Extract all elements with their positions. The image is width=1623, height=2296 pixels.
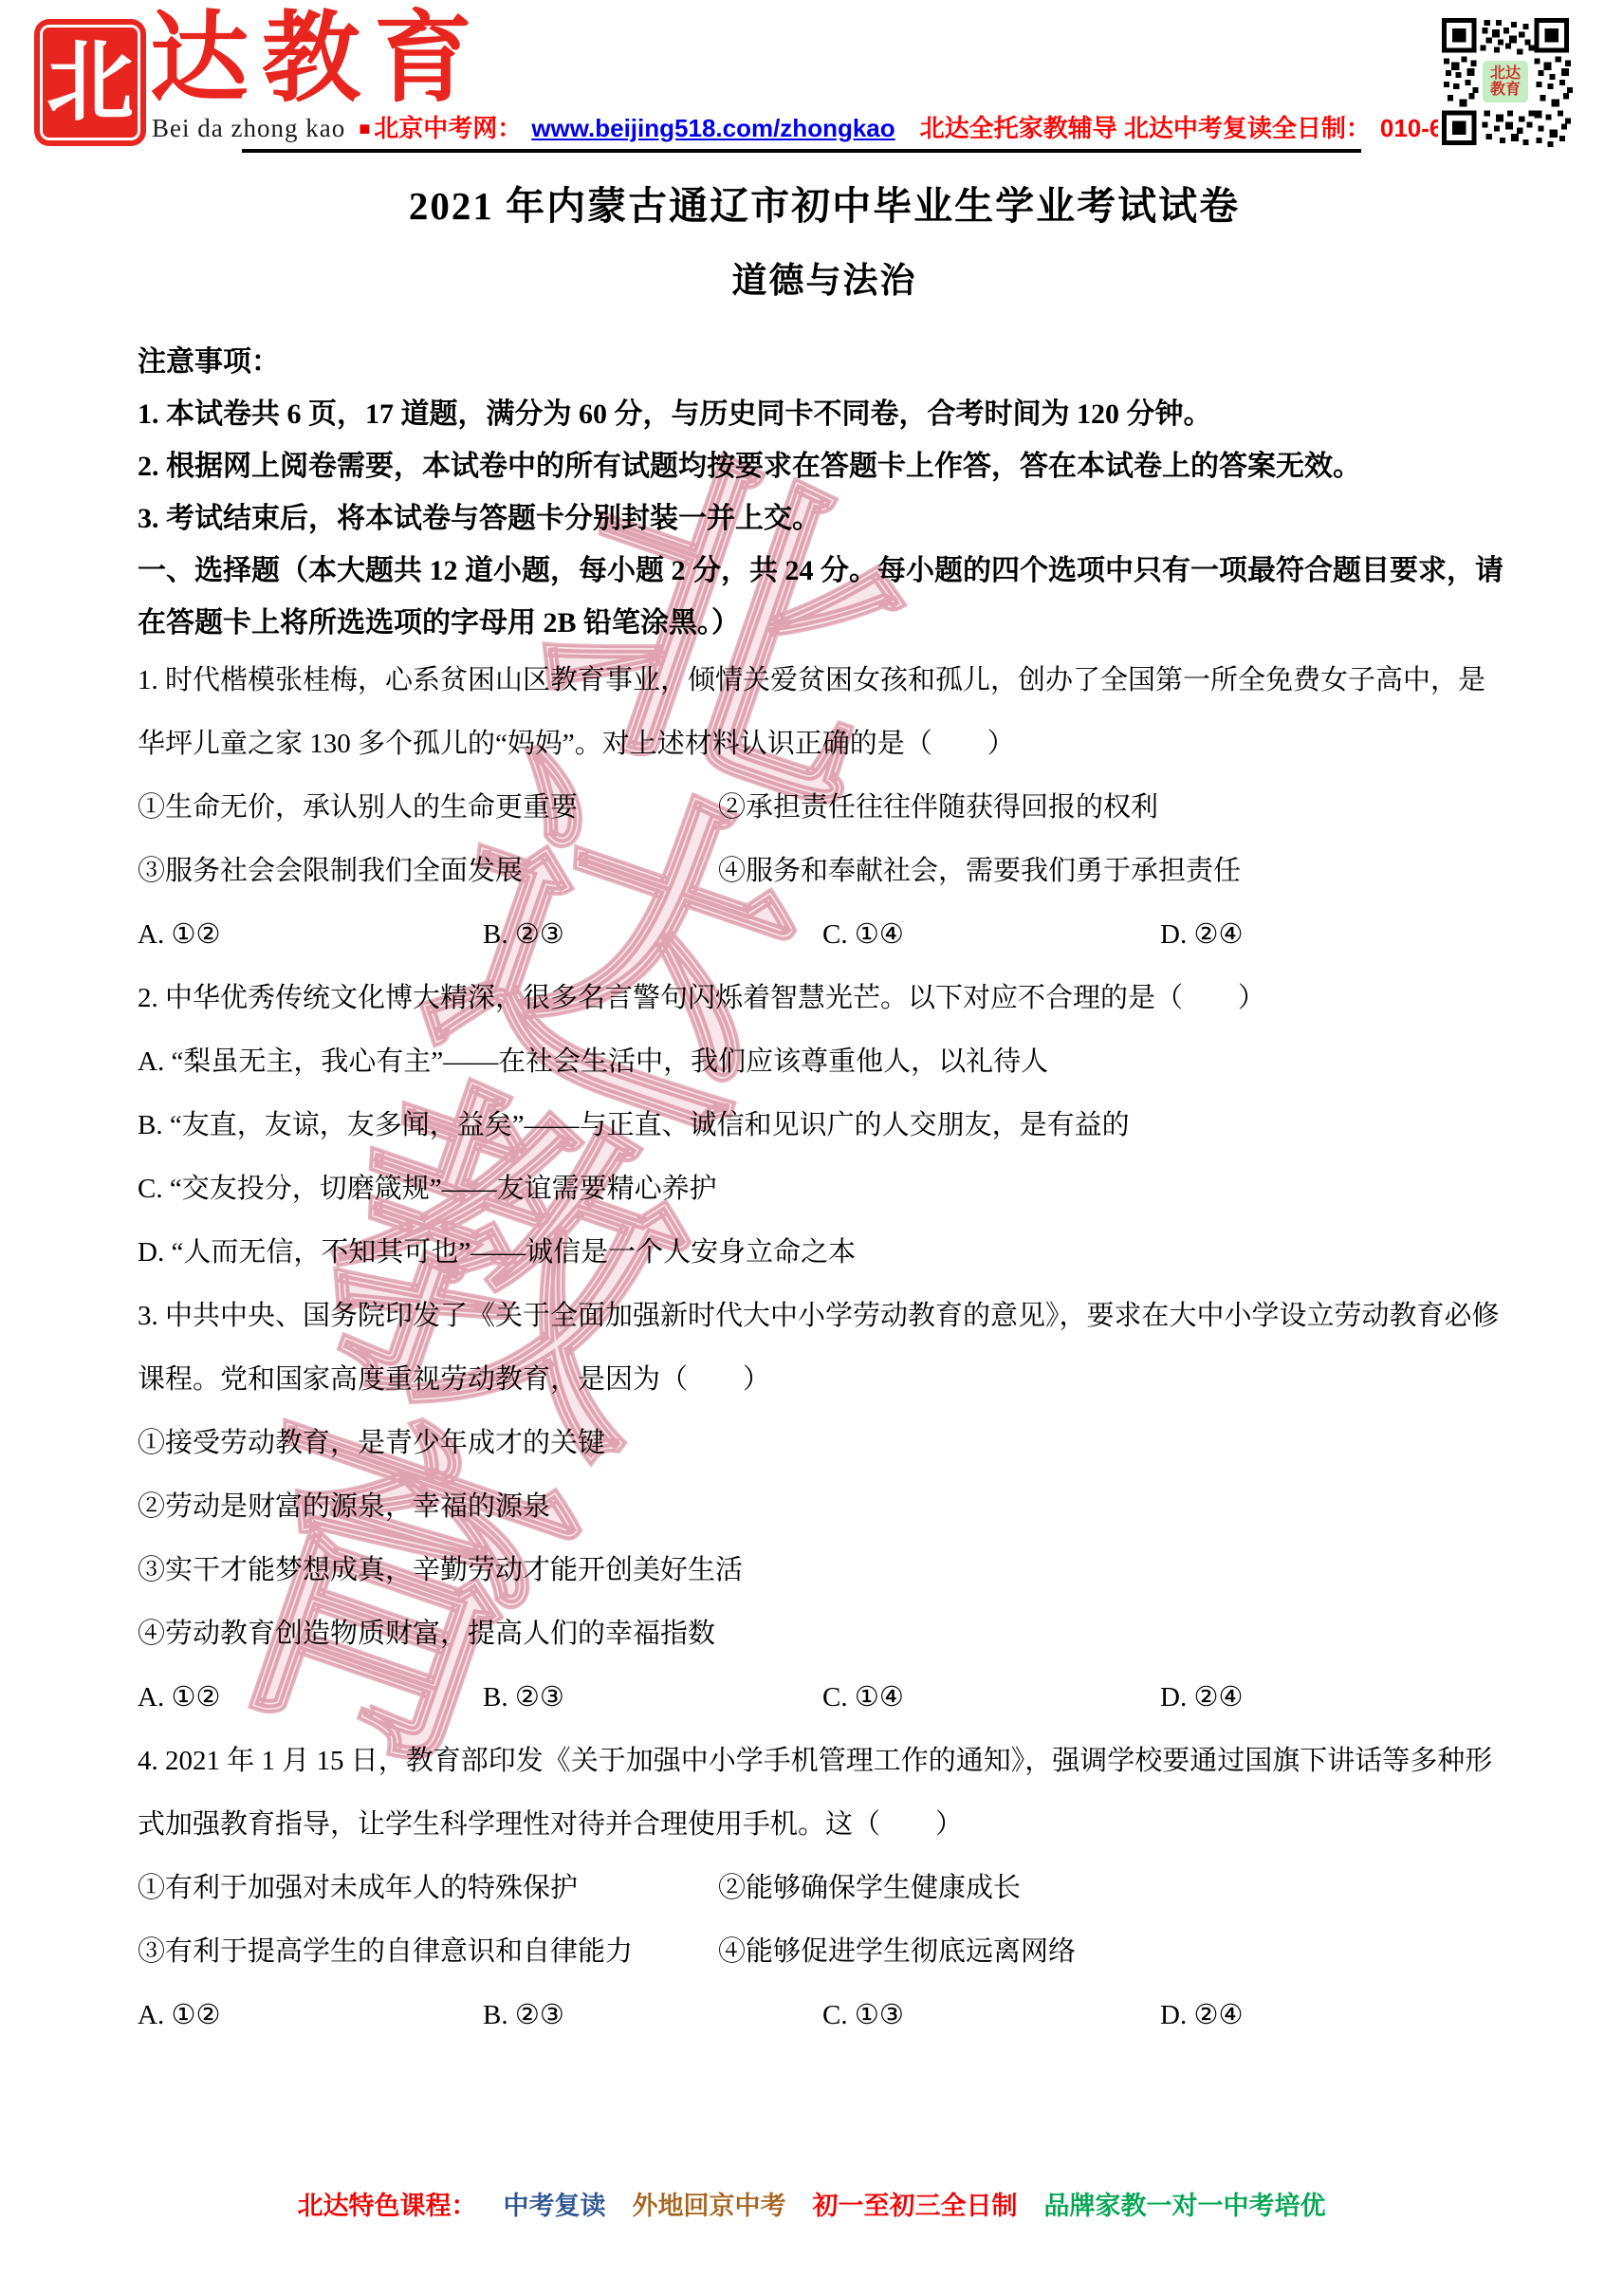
numbered-option: ②劳动是财富的源泉，幸福的源泉 xyxy=(138,1475,1511,1539)
choice-d: D. ②④ xyxy=(1160,903,1511,967)
numbered-option: ③服务社会会限制我们全面发展 xyxy=(138,840,718,903)
choice-a: A. ①② xyxy=(138,1984,483,2047)
lettered-option: B. “友直，友谅，友多闻，益矣”——与正直、诚信和见识广的人交朋友，是有益的 xyxy=(138,1094,1511,1157)
header-tagline: Bei da zhong kao■北京中考网：www.beijing518.co… xyxy=(152,112,1480,145)
choice-d: D. ②④ xyxy=(1160,1666,1511,1730)
site-label: 北京中考网： xyxy=(374,114,522,142)
footer-segment: 品牌家教一对一中考培优 xyxy=(1044,2192,1326,2220)
notice-item: 3. 考试结束后，将本试卷与答题卡分别封装一并上交。 xyxy=(138,492,1511,545)
red-square-bullet: ■ xyxy=(359,119,370,139)
numbered-option: ①接受劳动教育，是青少年成才的关键 xyxy=(138,1412,1511,1475)
choice-c: C. ①③ xyxy=(822,1984,1160,2047)
question-1: 1. 时代楷模张桂梅，心系贫困山区教育事业，倾情关爱贫困女孩和孤儿，创办了全国第… xyxy=(138,649,1511,967)
page-title: 2021 年内蒙古通辽市初中毕业生学业考试试卷 xyxy=(138,180,1511,231)
choices-row: A. ①② B. ②③ C. ①③ D. ②④ xyxy=(138,1984,1511,2047)
question-3: 3. 中共中央、国务院印发了《关于全面加强新时代大中小学劳动教育的意见》，要求在… xyxy=(138,1285,1511,1730)
lettered-option: D. “人而无信，不知其可也”——诚信是一个人安身立命之本 xyxy=(138,1221,1511,1285)
numbered-option: ①有利于加强对未成年人的特殊保护 xyxy=(138,1857,718,1920)
question-stem: 3. 中共中央、国务院印发了《关于全面加强新时代大中小学劳动教育的意见》，要求在… xyxy=(138,1285,1511,1412)
question-stem: 2. 中华优秀传统文化博大精深，很多名言警句闪烁着智慧光芒。以下对应不合理的是（… xyxy=(138,967,1511,1030)
lettered-option: C. “交友投分，切磨箴规”——友谊需要精心养护 xyxy=(138,1157,1511,1221)
option-row: ③服务社会会限制我们全面发展 ④服务和奉献社会，需要我们勇于承担责任 xyxy=(138,840,1511,903)
seal-character: 北 xyxy=(46,39,134,126)
option-row: ①生命无价，承认别人的生命更重要 ②承担责任往往伴随获得回报的权利 xyxy=(138,776,1511,840)
question-4: 4. 2021 年 1 月 15 日，教育部印发《关于加强中小学手机管理工作的通… xyxy=(138,1730,1511,2047)
choice-b: B. ②③ xyxy=(483,1984,822,2047)
question-stem: 4. 2021 年 1 月 15 日，教育部印发《关于加强中小学手机管理工作的通… xyxy=(138,1730,1511,1857)
choice-d: D. ②④ xyxy=(1160,1984,1511,2047)
choice-c: C. ①④ xyxy=(822,903,1160,967)
choice-b: B. ②③ xyxy=(483,903,822,967)
notice-item: 2. 根据网上阅卷需要，本试卷中的所有试题均按要求在答题卡上作答，答在本试卷上的… xyxy=(138,440,1511,492)
option-row: ①有利于加强对未成年人的特殊保护 ②能够确保学生健康成长 xyxy=(138,1857,1511,1920)
brand-calligraphy-text: 达教育 xyxy=(150,8,596,111)
numbered-option: ①生命无价，承认别人的生命更重要 xyxy=(138,776,718,840)
choices-row: A. ①② B. ②③ C. ①④ D. ②④ xyxy=(138,1666,1511,1730)
header: 北 达教育 Bei da zhong kao■北京中考网：www.beijing… xyxy=(0,0,1623,157)
site-url-link[interactable]: www.beijing518.com/zhongkao xyxy=(531,114,894,142)
qr-code: 北达 教育 xyxy=(1438,14,1573,149)
footer-segment: 中考复读 xyxy=(504,2192,606,2220)
page-subtitle: 道德与法治 xyxy=(138,258,1511,306)
choice-a: A. ①② xyxy=(138,903,483,967)
numbered-option: ④能够促进学生彻底远离网络 xyxy=(718,1920,1511,1984)
notice-item: 1. 本试卷共 6 页，17 道题，满分为 60 分，与历史同卡不同卷，合考时间… xyxy=(138,388,1511,440)
choice-b: B. ②③ xyxy=(483,1666,822,1730)
numbered-option: ④劳动教育创造物质财富，提高人们的幸福指数 xyxy=(138,1602,1511,1666)
lettered-option: A. “梨虽无主，我心有主”——在社会生活中，我们应该尊重他人，以礼待人 xyxy=(138,1030,1511,1094)
choices-row: A. ①② B. ②③ C. ①④ D. ②④ xyxy=(138,903,1511,967)
footer-segment: 初一至初三全日制 xyxy=(813,2192,1018,2220)
exam-content: 2021 年内蒙古通辽市初中毕业生学业考试试卷 道德与法治 注意事项： 1. 本… xyxy=(0,180,1623,2047)
footer-banner: 北达特色课程：中考复读外地回京中考初一至初三全日制品牌家教一对一中考培优 xyxy=(0,2185,1623,2222)
numbered-option: ②承担责任往往伴随获得回报的权利 xyxy=(718,776,1511,840)
notice-heading: 注意事项： xyxy=(138,336,1511,388)
brand-pinyin: Bei da zhong kao xyxy=(152,114,345,142)
header-divider-line xyxy=(242,149,1361,153)
numbered-option: ③有利于提高学生的自律意识和自律能力 xyxy=(138,1920,718,1984)
section-heading: 一、选择题（本大题共 12 道小题，每小题 2 分，共 24 分。每小题的四个选… xyxy=(138,545,1511,649)
question-stem: 1. 时代楷模张桂梅，心系贫困山区教育事业，倾情关爱贫困女孩和孤儿，创办了全国第… xyxy=(138,649,1511,776)
numbered-option: ④服务和奉献社会，需要我们勇于承担责任 xyxy=(718,840,1511,903)
notice-section: 注意事项： 1. 本试卷共 6 页，17 道题，满分为 60 分，与历史同卡不同… xyxy=(138,336,1511,545)
question-2: 2. 中华优秀传统文化博大精深，很多名言警句闪烁着智慧光芒。以下对应不合理的是（… xyxy=(138,967,1511,1285)
services-text: 北达全托家教辅导 北达中考复读全日制： xyxy=(920,114,1371,142)
beida-seal-logo: 北 xyxy=(40,25,140,140)
qr-center-label: 北达 教育 xyxy=(1483,61,1528,102)
numbered-option: ②能够确保学生健康成长 xyxy=(718,1857,1511,1920)
choice-c: C. ①④ xyxy=(822,1666,1160,1730)
numbered-option: ③实干才能梦想成真，辛勤劳动才能开创美好生活 xyxy=(138,1539,1511,1602)
option-row: ③有利于提高学生的自律意识和自律能力 ④能够促进学生彻底远离网络 xyxy=(138,1920,1511,1984)
choice-a: A. ①② xyxy=(138,1666,483,1730)
exam-page: 北达教育 北 达教育 Bei da zhong kao■北京中考网：www.be… xyxy=(0,0,1623,2296)
footer-segment: 北达特色课程： xyxy=(298,2192,477,2220)
footer-segment: 外地回京中考 xyxy=(633,2192,786,2220)
